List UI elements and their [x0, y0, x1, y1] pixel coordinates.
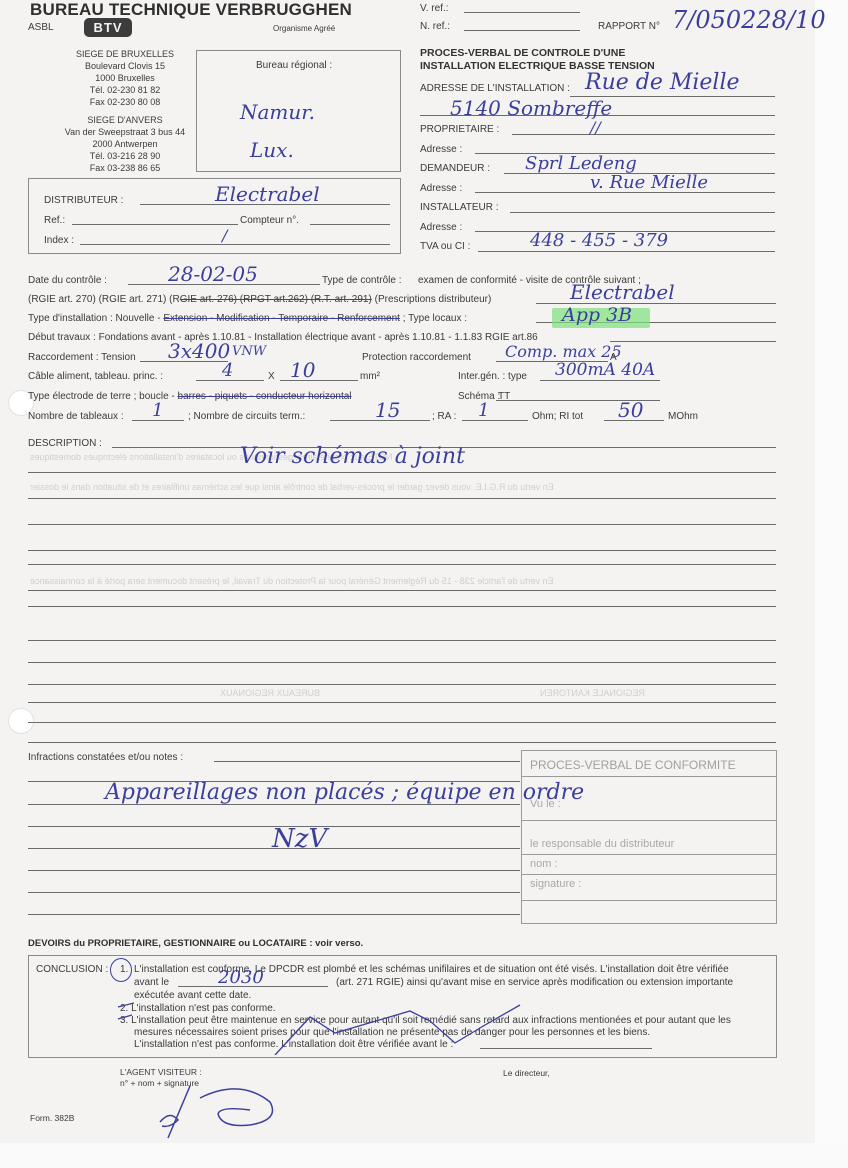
n-ref-label: N. ref.:	[420, 21, 450, 32]
ref-field[interactable]	[72, 224, 238, 225]
office-line: SIEGE D'ANVERS	[40, 114, 210, 126]
form-number: Form. 382B	[30, 1113, 74, 1123]
description-line[interactable]	[28, 550, 776, 551]
description-line[interactable]	[28, 722, 776, 723]
n-ref-field[interactable]	[464, 30, 580, 31]
scan-margin-right	[815, 0, 848, 1168]
office-line: 1000 Bruxelles	[40, 72, 210, 84]
index-label: Index :	[44, 235, 74, 246]
strike-through-marks	[110, 995, 530, 1055]
rgie-articles: (RGIE art. 270) (RGIE art. 271) (RGIE ar…	[28, 294, 491, 305]
office-line: 2000 Antwerpen	[40, 138, 210, 150]
agent-label: L'AGENT VISITEUR :	[120, 1067, 202, 1077]
agent-signature	[140, 1080, 290, 1140]
regional-office-value[interactable]: Namur.	[240, 100, 315, 124]
applicant-address-label: Adresse :	[420, 183, 462, 194]
install-type-struck: Extension - Modification - Temporaire - …	[163, 313, 400, 324]
bleed-through-text: REGIONALE KANTOREN	[540, 688, 645, 698]
punch-hole	[8, 708, 34, 734]
rgie-active: (RGIE art. 270) (RGIE art. 271) (R	[28, 294, 180, 305]
installer-field[interactable]	[510, 212, 775, 213]
install-type: Type d'installation : Nouvelle - Extensi…	[28, 313, 467, 324]
conformity-divider	[521, 776, 777, 777]
premises-value[interactable]: App 3B	[562, 304, 632, 326]
main-switch-value[interactable]: 300mA 40A	[555, 360, 655, 380]
description-line[interactable]	[28, 524, 776, 525]
index-field[interactable]	[80, 244, 390, 245]
infractions-line[interactable]	[28, 892, 520, 893]
scan-margin-bottom	[0, 1143, 848, 1168]
accreditation: Organisme Agréé	[273, 24, 335, 33]
cable-unit: mm²	[360, 371, 380, 382]
bleed-through-text: En vertu du R.G.I.E. vous devez garder l…	[30, 482, 554, 492]
infractions-line[interactable]	[28, 914, 520, 915]
distributor-label: DISTRIBUTEUR :	[44, 195, 123, 206]
earth-electrode: Type électrode de terre ; boucle - barre…	[28, 391, 352, 402]
description-value[interactable]: Voir schémas à joint	[240, 444, 465, 469]
name-field[interactable]	[521, 874, 777, 875]
owner-duties: DEVOIRS du PROPRIETAIRE, GESTIONNAIRE ou…	[28, 938, 363, 949]
office-line: Tél. 02-230 81 82	[40, 84, 210, 96]
date-value[interactable]: 28-02-05	[168, 262, 258, 286]
premises-label: ; Type locaux :	[403, 313, 467, 324]
conclusion-1-rest: (art. 271 RGIE) ainsi qu'avant mise en s…	[336, 977, 733, 988]
responsible-label: le responsable du distributeur	[530, 838, 674, 850]
installation-address-value[interactable]: Rue de Mielle	[585, 70, 740, 95]
cable-label: Câble aliment, tableau. princ. :	[28, 371, 163, 382]
regional-office-label: Bureau régional :	[256, 60, 332, 71]
ref-label: Ref.:	[44, 215, 65, 226]
infractions-field[interactable]	[214, 761, 520, 762]
seen-field[interactable]	[521, 820, 777, 821]
ra-label: ; RA :	[432, 411, 456, 422]
org-name: BUREAU TECHNIQUE VERBRUGGHEN	[30, 0, 352, 20]
rgie-struck: GIE art. 276) (RPGT art.262) (R.T. art. …	[180, 294, 372, 305]
description-line[interactable]	[28, 564, 776, 565]
description-line[interactable]	[28, 742, 776, 743]
verification-year[interactable]: 2030	[218, 967, 264, 988]
voltage-value[interactable]: 3x400	[168, 339, 230, 363]
control-type-label: Type de contrôle :	[322, 275, 402, 286]
install-type-active: Nouvelle -	[116, 313, 164, 324]
installation-address-label: ADRESSE DE L'INSTALLATION :	[420, 83, 570, 94]
signature-field[interactable]	[521, 900, 777, 901]
vat-label: TVA ou CI :	[420, 241, 470, 252]
applicant-label: DEMANDEUR :	[420, 163, 490, 174]
inspector-initials: NzV	[272, 824, 327, 854]
seen-label: Vu le :	[530, 798, 561, 810]
v-ref-field[interactable]	[464, 12, 580, 13]
conclusion-1-before: avant le	[134, 977, 169, 988]
cable-section-value[interactable]: 10	[290, 358, 315, 382]
prescriptions-value[interactable]: Electrabel	[570, 280, 675, 304]
works-start: Début travaux : Fondations avant - après…	[28, 332, 538, 343]
name-label: nom :	[530, 858, 558, 870]
meter-field[interactable]	[310, 224, 390, 225]
installation-address-value-2[interactable]: 5140 Sombreffe	[450, 96, 612, 120]
owner-address-label: Adresse :	[420, 144, 462, 155]
rgie-tail: (Prescriptions distributeur)	[375, 294, 492, 305]
rapport-label: RAPPORT N°	[598, 21, 660, 32]
description-line[interactable]	[28, 606, 776, 607]
director-label: Le directeur,	[503, 1068, 550, 1078]
description-line[interactable]	[28, 702, 776, 703]
cable-count-value[interactable]: 4	[222, 360, 233, 381]
circuits-label: ; Nombre de circuits term.:	[188, 411, 305, 422]
earth-struck: barres - piquets - conducteur horizontal	[178, 391, 352, 402]
office-line: Tél. 03-216 28 90	[40, 150, 210, 162]
signature-label: signature :	[530, 878, 581, 890]
protection-label: Protection raccordement	[362, 352, 471, 363]
ri-value[interactable]: 50	[618, 398, 643, 422]
conclusion-1-number[interactable]: 1.	[120, 964, 128, 975]
ohm-label: Ohm; RI tot	[532, 411, 583, 422]
office-line: Fax 02-230 80 08	[40, 96, 210, 108]
conformity-title: PROCES-VERBAL DE CONFORMITE	[530, 758, 736, 772]
description-line[interactable]	[28, 662, 776, 663]
bleed-through-text: En vertu de l'article 238 - 15 du Règlem…	[30, 576, 554, 586]
infractions-value[interactable]: Appareillages non placés ; équipe en ord…	[105, 780, 584, 805]
installer-label: INSTALLATEUR :	[420, 202, 499, 213]
ra-value[interactable]: 1	[478, 400, 489, 421]
cable-times: X	[268, 371, 275, 382]
description-label: DESCRIPTION :	[28, 438, 102, 449]
boards-value[interactable]: 1	[152, 400, 163, 421]
conclusion-label: CONCLUSION :	[36, 964, 108, 975]
office-line: SIEGE DE BRUXELLES	[40, 48, 210, 60]
owner-value[interactable]: //	[590, 118, 601, 137]
voltage-unit-value[interactable]: VNW	[232, 344, 266, 359]
owner-label: PROPRIETAIRE :	[420, 124, 499, 135]
main-switch-label: Inter.gén. : type	[458, 371, 527, 382]
works-field[interactable]	[610, 341, 776, 342]
description-line[interactable]	[28, 590, 776, 591]
ra-field[interactable]	[462, 420, 528, 421]
conformity-divider	[521, 854, 777, 855]
owner-field[interactable]	[512, 134, 775, 135]
connection-label: Raccordement : Tension	[28, 352, 136, 363]
v-ref-label: V. ref.:	[420, 3, 449, 14]
installer-address-label: Adresse :	[420, 222, 462, 233]
report-title-line1: PROCES-VERBAL DE CONTROLE D'UNE	[420, 47, 625, 59]
office-brussels: SIEGE DE BRUXELLES Boulevard Clovis 15 1…	[40, 48, 210, 108]
main-switch-field[interactable]	[540, 380, 660, 381]
office-line: Fax 03-238 86 65	[40, 162, 210, 174]
infractions-line[interactable]	[28, 870, 520, 871]
meter-label: Compteur n°.	[240, 215, 299, 226]
applicant-value[interactable]: Sprl Ledeng	[525, 153, 637, 174]
applicant-address-value[interactable]: v. Rue Mielle	[590, 172, 708, 193]
bleed-through-text: BUREAUX REGIONAUX	[220, 688, 320, 698]
vat-value[interactable]: 448 - 455 - 379	[530, 230, 668, 251]
infractions-label: Infractions constatées et/ou notes :	[28, 752, 183, 763]
office-line: Boulevard Clovis 15	[40, 60, 210, 72]
description-line[interactable]	[28, 498, 776, 499]
install-type-label: Type d'installation :	[28, 313, 113, 324]
boards-label: Nombre de tableaux :	[28, 411, 124, 422]
regional-office-value-2[interactable]: Lux.	[250, 138, 294, 162]
circuits-value[interactable]: 15	[375, 398, 400, 422]
description-line[interactable]	[28, 472, 776, 473]
distributor-value[interactable]: Electrabel	[215, 182, 320, 206]
org-type: ASBL	[28, 22, 54, 33]
btv-logo: BTV	[84, 18, 132, 37]
vat-field[interactable]	[478, 251, 775, 252]
office-antwerp: SIEGE D'ANVERS Van der Sweepstraat 3 bus…	[40, 114, 210, 174]
description-line[interactable]	[28, 684, 776, 685]
rapport-number[interactable]: 7/050228/10	[672, 6, 826, 34]
protection-value[interactable]: Comp. max 25	[505, 342, 622, 361]
mohm-label: MOhm	[668, 411, 698, 422]
infractions-line[interactable]	[28, 804, 520, 805]
description-line[interactable]	[28, 640, 776, 641]
date-label: Date du contrôle :	[28, 275, 107, 286]
index-value[interactable]: /	[222, 226, 227, 245]
office-line: Van der Sweepstraat 3 bus 44	[40, 126, 210, 138]
